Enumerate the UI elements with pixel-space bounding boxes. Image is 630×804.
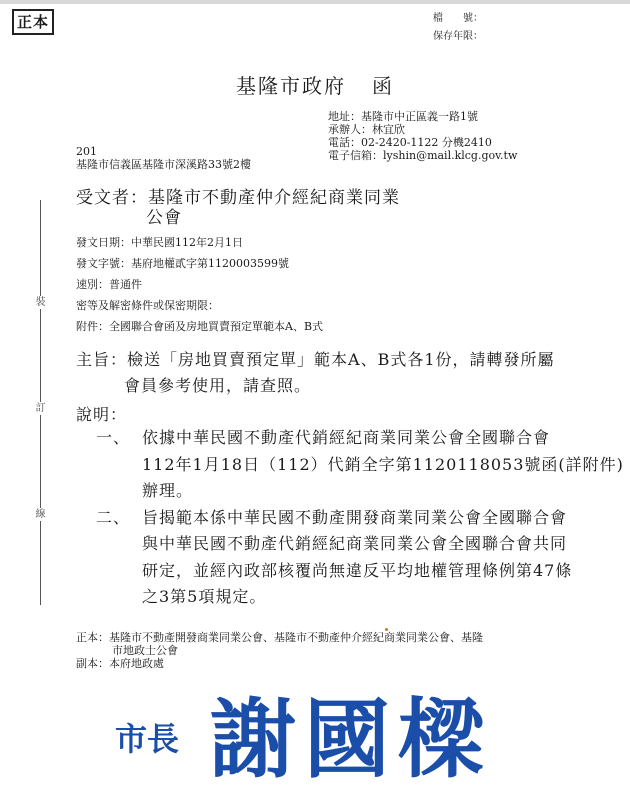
- agency-name: 基隆市政府: [236, 74, 346, 98]
- explanation-item: 一、 依據中華民國不動產代銷經紀商業同業公會全國聯合會 112年1月18日（11…: [96, 425, 624, 505]
- attachment: 附件：全國聯合會函及房地買賣預定單範本A、B式: [76, 316, 323, 337]
- subject-block: 主旨：檢送「房地買賣預定單」範本A、B式各1份，請轉發所屬 會員參考使用，請查照…: [76, 347, 555, 399]
- street-address: 基隆市信義區基隆市深溪路33號2樓: [76, 158, 251, 171]
- document-type: 函: [372, 74, 394, 98]
- original-recipients-line2: 市地政士公會: [76, 644, 483, 657]
- viewer-top-bar: [0, 0, 630, 4]
- copy-recipients: 副本：本府地政處: [76, 657, 483, 670]
- contact-handler: 承辦人：林宜欣: [328, 123, 517, 136]
- retention-period-label: 保存年限：: [433, 28, 483, 46]
- original-recipients-line1: 正本：基隆市不動產開發商業同業公會、基隆市不動產仲介經紀商業同業公會、基隆: [76, 631, 483, 644]
- binding-mark-zhuang: 裝: [34, 296, 47, 309]
- item-line: 依據中華民國不動產代銷經紀商業同業公會全國聯合會: [142, 425, 624, 452]
- mayor-name-stamp: 謝國樑: [210, 690, 492, 790]
- contact-phone: 電話：02-2420-1122 分機2410: [328, 136, 517, 149]
- subject-line2: 會員參考使用，請查照。: [76, 373, 555, 399]
- postal-code: 201: [76, 145, 251, 158]
- item-number: 一、: [96, 425, 142, 505]
- item-line: 112年1月18日（112）代銷全字第1120118053號函(詳附件): [142, 452, 624, 479]
- contact-block: 地址：基隆市中正區義一路1號 承辦人：林宜欣 電話：02-2420-1122 分…: [328, 110, 517, 162]
- contact-address: 地址：基隆市中正區義一路1號: [328, 110, 517, 123]
- recipient-label: 受文者：: [76, 188, 148, 208]
- file-number-label: 檔 號：: [433, 10, 483, 28]
- document-fields: 發文日期：中華民國112年2月1日 發文字號：基府地權貳字第1120003599…: [76, 232, 323, 337]
- item-line: 辦理。: [142, 478, 624, 505]
- item-line: 旨揭範本係中華民國不動產開發商業同業公會全國聯合會: [142, 505, 572, 532]
- security-level: 密等及解密條件或保密期限：: [76, 295, 323, 316]
- mayor-title-stamp: 市長: [115, 714, 179, 760]
- issue-date: 發文日期：中華民國112年2月1日: [76, 232, 323, 253]
- document-title: 基隆市政府函: [0, 70, 630, 99]
- document-number: 發文字號：基府地權貳字第1120003599號: [76, 253, 323, 274]
- recipient-mailing-address: 201 基隆市信義區基隆市深溪路33號2樓: [76, 145, 251, 171]
- original-copy-badge: 正本: [12, 9, 54, 35]
- subject-line1: 檢送「房地買賣預定單」範本A、B式各1份，請轉發所屬: [127, 350, 555, 369]
- recipient-name-line2: 公會: [76, 208, 400, 228]
- explanation-label: 說明：: [76, 402, 127, 425]
- recipient-name-line1: 基隆市不動產仲介經紀商業同業: [148, 188, 400, 208]
- item-line: 與中華民國不動產代銷經紀商業同業公會全國聯合會共同: [142, 531, 572, 558]
- item-number: 二、: [96, 505, 142, 611]
- recipient-block: 受文者：基隆市不動產仲介經紀商業同業 公會: [76, 188, 400, 228]
- explanation-items: 一、 依據中華民國不動產代銷經紀商業同業公會全國聯合會 112年1月18日（11…: [96, 425, 624, 611]
- binding-mark-xian: 線: [34, 508, 47, 521]
- explanation-item: 二、 旨揭範本係中華民國不動產開發商業同業公會全國聯合會 與中華民國不動產代銷經…: [96, 505, 624, 611]
- distribution-block: 正本：基隆市不動產開發商業同業公會、基隆市不動產仲介經紀商業同業公會、基隆 市地…: [76, 631, 483, 670]
- subject-label: 主旨：: [76, 350, 127, 369]
- item-line: 之3第5項規定。: [142, 584, 572, 611]
- delivery-speed: 速別：普通件: [76, 274, 323, 295]
- item-line: 研定，並經內政部核覆尚無違反平均地權管理條例第47條: [142, 558, 572, 585]
- contact-email: 電子信箱：lyshin@mail.klcg.gov.tw: [328, 149, 517, 162]
- binding-mark-ding: 訂: [34, 402, 47, 415]
